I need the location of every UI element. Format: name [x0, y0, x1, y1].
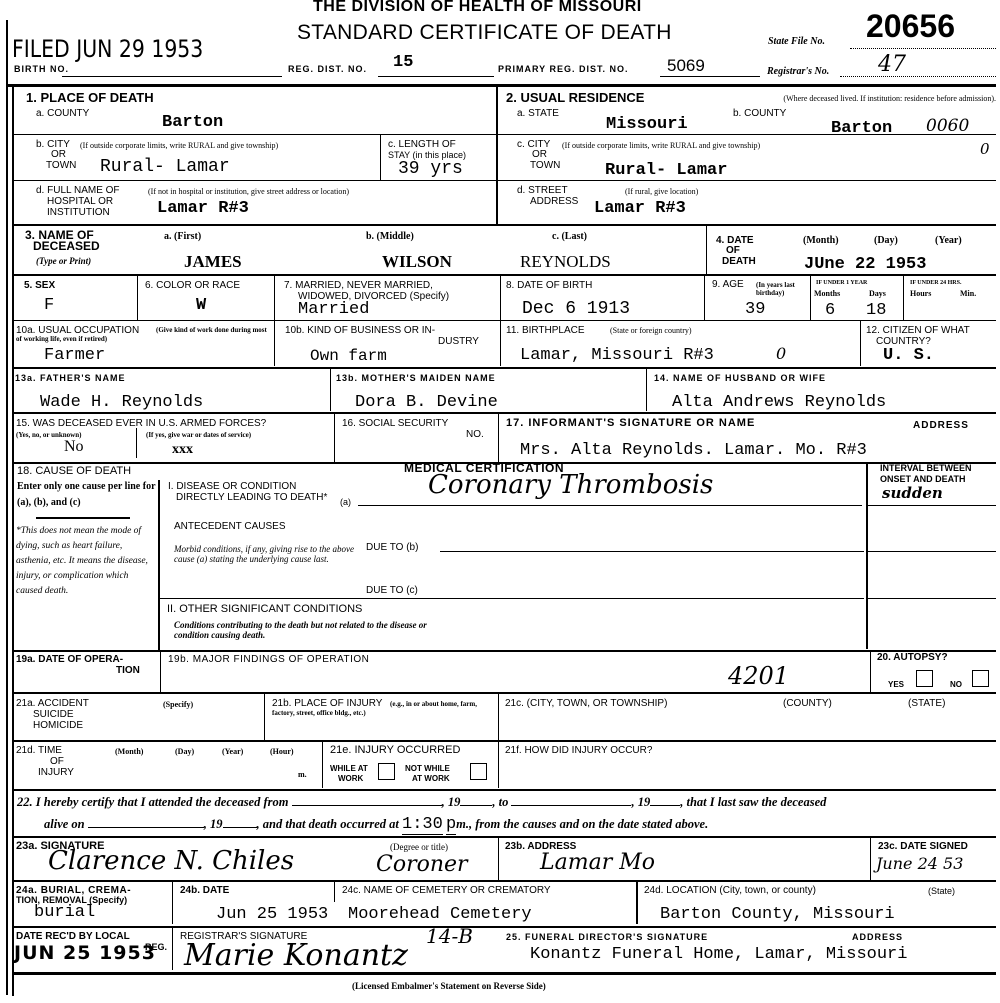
injury-m-label: m. [298, 770, 307, 779]
res-state-value: Missouri [606, 116, 688, 134]
time-of-injury-label: 21d. TIME [16, 745, 62, 756]
due-to-c-label: DUE TO (c) [366, 585, 418, 596]
date-received-label: DATE REC'D BY LOCAL [16, 931, 130, 942]
autopsy-no-checkbox[interactable] [972, 670, 989, 687]
registrar-no-label: Registrar's No. [767, 66, 829, 77]
interval-label: INTERVAL BETWEEN [880, 463, 972, 474]
last-name-value: REYNOLDS [520, 252, 611, 272]
injury-year-label: (Year) [222, 747, 243, 756]
degree-label: (Degree or title) [390, 843, 448, 852]
certify-text-c: , to [492, 795, 508, 809]
age-label: 9. AGE [712, 279, 744, 290]
injury-state-label: (STATE) [908, 698, 945, 709]
under-24-hrs-label: IF UNDER 24 HRS. [910, 279, 961, 288]
burial-location-label: 24d. LOCATION (City, town, or county) [644, 885, 816, 896]
dob-value: Dec 6 1913 [522, 300, 630, 318]
hospital-note: (If not in hospital or institution, give… [148, 187, 349, 196]
months-value: 6 [825, 302, 835, 320]
informant-label: 17. INFORMANT'S SIGNATURE OR NAME [506, 418, 755, 429]
armed-service-note: (If yes, give war or dates of service) [146, 431, 251, 440]
injury-specify-label: (Specify) [163, 700, 193, 709]
days-value: 18 [866, 302, 886, 320]
res-state-label: a. STATE [517, 108, 559, 119]
father-label: 13a. FATHER'S NAME [15, 373, 126, 384]
place-of-injury-note: (e.g., in or about home, farm, factory, … [272, 700, 494, 718]
res-street-label: d. STREET [517, 185, 568, 196]
dod-day-label: (Day) [874, 236, 898, 245]
injury-hour-label: (Hour) [270, 747, 294, 756]
cause-footnote: *This does not mean the mode of dying, s… [16, 524, 156, 599]
birthplace-value: Lamar, Missouri R#3 [520, 347, 714, 365]
primary-reg-label: PRIMARY REG. DIST. NO. [498, 64, 629, 74]
service-value: xxx [172, 442, 193, 458]
certify-text-e: , that I last saw the deceased [680, 795, 826, 809]
hospital-value: Lamar R#3 [157, 200, 249, 218]
time-of-injury-label-2: OF [50, 756, 64, 767]
birthplace-code: 0 [776, 344, 786, 363]
reg-dist-number: 15 [393, 54, 413, 72]
occupation-note: (Give kind of work done during most of w… [16, 326, 274, 344]
under-1-year-label: IF UNDER 1 YEAR [816, 279, 867, 288]
certify-line-1: 22. I hereby certify that I attended the… [17, 795, 826, 810]
state-file-number: 20656 [866, 8, 955, 44]
business-label-2: DUSTRY [438, 336, 479, 347]
certify-text-i: m., from the causes and on the date stat… [456, 817, 708, 831]
res-street-label-2: ADDRESS [530, 196, 578, 207]
middle-name-label: b. (Middle) [366, 232, 414, 241]
reg-superscript: REG. [145, 942, 167, 953]
res-city-note: (If outside corporate limits, write RURA… [562, 141, 760, 150]
last-name-label: c. (Last) [552, 232, 587, 241]
name-heading-3: (Type or Print) [36, 256, 91, 266]
cause-note: Enter only one cause per line for (a), (… [17, 479, 157, 511]
father-value: Wade H. Reynolds [40, 394, 203, 412]
certify-text-f: alive on [44, 817, 85, 831]
due-to-b-label: DUE TO (b) [366, 542, 418, 553]
operation-findings-label: 19b. MAJOR FINDINGS OF OPERATION [168, 654, 369, 665]
middle-name-value: WILSON [382, 252, 452, 272]
cause-a-label: (a) [340, 497, 351, 508]
other-conditions-note: Conditions contributing to the death but… [174, 620, 444, 640]
spouse-value: Alta Andrews Reynolds [672, 394, 886, 412]
citizen-value: U. S. [883, 347, 934, 365]
sex-value: F [44, 297, 54, 315]
age-value: 39 [745, 301, 765, 319]
min-label: Min. [960, 289, 976, 298]
sig-address-value: Lamar Mo [540, 850, 655, 875]
interval-value: sudden [882, 484, 943, 502]
city-or: OR [51, 149, 66, 160]
operation-code: 4201 [728, 662, 789, 690]
mother-value: Dora B. Devine [355, 394, 498, 412]
not-while-at-work-label-2: AT WORK [412, 773, 450, 784]
disease-label: I. DISEASE OR CONDITION [168, 481, 296, 492]
dod-value: JUne 22 1953 [804, 256, 926, 274]
res-city-code: 0 [980, 140, 990, 158]
days-label: Days [869, 289, 886, 298]
residence-note: (Where deceased lived. If institution: r… [698, 94, 996, 104]
marital-value: Married [298, 301, 369, 319]
while-at-work-checkbox[interactable] [378, 763, 395, 780]
race-label: 6. COLOR OR RACE [145, 280, 240, 291]
state-file-label: State File No. [768, 36, 825, 47]
place-of-death-heading: 1. PLACE OF DEATH [26, 92, 154, 103]
stay-label: c. LENGTH OF [388, 139, 456, 150]
how-injury-label: 21f. HOW DID INJURY OCCUR? [505, 745, 652, 756]
certify-text-g: , 19 [204, 817, 223, 831]
county-label: a. COUNTY [36, 108, 89, 119]
burial-method-value: burial [34, 904, 95, 922]
res-county-label: b. COUNTY [733, 108, 786, 119]
autopsy-yes-label: YES [888, 679, 904, 690]
birthplace-note: (State or foreign country) [610, 326, 692, 335]
cemetery-value: Moorehead Cemetery [348, 906, 532, 924]
armed-forces-label: 15. WAS DECEASED EVER IN U.S. ARMED FORC… [16, 418, 266, 429]
death-county-value: Barton [162, 114, 223, 132]
death-ampm-value: p [446, 815, 456, 835]
injury-county-label: (COUNTY) [783, 698, 832, 709]
spouse-label: 14. NAME OF HUSBAND OR WIFE [654, 373, 826, 384]
business-value: Own farm [310, 347, 387, 365]
certificate-title: STANDARD CERTIFICATE OF DEATH [297, 20, 672, 46]
res-city-value: Rural- Lamar [605, 162, 727, 180]
first-name-label: a. (First) [164, 232, 201, 241]
registrar-number: 47 [878, 52, 906, 77]
injury-day-label: (Day) [175, 747, 194, 756]
time-of-injury-label-3: INJURY [38, 767, 74, 778]
citizen-label: 12. CITIZEN OF WHAT [866, 325, 970, 336]
burial-date-label: 24b. DATE [180, 885, 229, 896]
age-note: (In years last birthday) [756, 281, 811, 297]
marital-label: 7. MARRIED, NEVER MARRIED, [284, 280, 433, 291]
other-conditions-label: II. OTHER SIGNIFICANT CONDITIONS [167, 604, 362, 615]
informant-value: Mrs. Alta Reynolds. Lamar. Mo. R#3 [520, 442, 867, 460]
stay-value: 39 yrs [398, 160, 463, 178]
injury-month-label: (Month) [115, 747, 143, 756]
hospital-label-2: HOSPITAL OR [47, 196, 113, 207]
injury-type-label-3: HOMICIDE [33, 720, 83, 731]
funeral-director-label: 25. FUNERAL DIRECTOR'S SIGNATURE [506, 932, 708, 943]
res-street-value: Lamar R#3 [594, 200, 686, 218]
operation-date-label: 19a. DATE OF OPERA- [16, 654, 123, 665]
autopsy-no-label: NO [950, 679, 962, 690]
dod-year-label: (Year) [935, 236, 962, 245]
not-while-at-work-checkbox[interactable] [470, 763, 487, 780]
certify-text-a: 22. I hereby certify that I attended the… [17, 795, 288, 809]
months-label: Months [814, 289, 840, 298]
date-signed-label: 23c. DATE SIGNED [878, 841, 968, 852]
city-town: TOWN [46, 160, 76, 171]
burial-state-label: (State) [928, 886, 955, 897]
burial-location-value: Barton County, Missouri [660, 906, 895, 924]
hours-label: Hours [910, 289, 931, 298]
division-heading: THE DIVISION OF HEALTH OF MISSOURI [313, 0, 642, 14]
disease-label-2: DIRECTLY LEADING TO DEATH* [176, 492, 327, 503]
injury-type-label-2: SUICIDE [33, 709, 74, 720]
business-label: 10b. KIND OF BUSINESS OR IN- [285, 325, 435, 336]
race-value: W [196, 297, 206, 315]
certify-text-h: , and that death occurred at [257, 817, 399, 831]
dod-label-2: OF [726, 245, 740, 256]
sex-label: 5. SEX [24, 280, 55, 291]
funeral-address-label: ADDRESS [852, 932, 903, 943]
autopsy-yes-checkbox[interactable] [916, 670, 933, 687]
registrar-signature: Marie Konantz [184, 938, 408, 973]
ssn-label: 16. SOCIAL SECURITY [342, 418, 448, 429]
cause-label: 18. CAUSE OF DEATH [17, 466, 131, 477]
occupation-value: Farmer [44, 347, 105, 365]
first-name-value: JAMES [184, 252, 242, 272]
hospital-label: d. FULL NAME OF [36, 185, 120, 196]
physician-title: Coroner [376, 852, 468, 877]
dod-month-label: (Month) [803, 236, 839, 245]
birth-no-label: BIRTH NO. [14, 64, 69, 74]
certify-text-d: , 19 [631, 795, 650, 809]
res-city-or: OR [532, 149, 547, 160]
injury-occurred-label: 21e. INJURY OCCURRED [330, 745, 460, 756]
mother-label: 13b. MOTHER'S MAIDEN NAME [336, 373, 496, 384]
dob-label: 8. DATE OF BIRTH [506, 280, 592, 291]
funeral-director-value: Konantz Funeral Home, Lamar, Missouri [530, 946, 907, 964]
residence-heading: 2. USUAL RESIDENCE [506, 92, 644, 103]
city-note: (If outside corporate limits, write RURA… [80, 141, 370, 150]
res-county-code: 0060 [926, 116, 969, 136]
ssn-label-2: NO. [466, 429, 484, 440]
birthplace-label: 11. BIRTHPLACE [506, 325, 585, 336]
operation-date-label-2: TION [116, 665, 140, 676]
morbid-note: Morbid conditions, if any, giving rise t… [174, 544, 364, 564]
injury-city-label: 21c. (CITY, TOWN, OR TOWNSHIP) [505, 698, 667, 709]
date-signed-value: June 24 53 [876, 854, 963, 873]
dod-label-3: DEATH [722, 256, 756, 267]
hospital-label-3: INSTITUTION [47, 207, 110, 218]
while-at-work-label-2: WORK [338, 773, 363, 784]
name-heading-2: DECEASED [33, 241, 100, 252]
antecedent-label: ANTECEDENT CAUSES [174, 521, 286, 532]
informant-address-label: ADDRESS [913, 420, 969, 431]
injury-type-label: 21a. ACCIDENT [16, 698, 89, 709]
res-street-note: (If rural, give location) [625, 187, 698, 196]
armed-value: No [64, 438, 84, 456]
death-city-value: Rural- Lamar [100, 158, 230, 176]
death-time-value: 1:30 [402, 815, 443, 835]
res-city-town: TOWN [530, 160, 560, 171]
primary-reg-number: 5069 [667, 56, 705, 76]
cause-a-value: Coronary Thrombosis [428, 470, 713, 500]
res-county-value: Barton [831, 120, 892, 138]
cemetery-label: 24c. NAME OF CEMETERY OR CREMATORY [342, 885, 551, 896]
certify-line-2: alive on , 19, and that death occurred a… [44, 815, 708, 835]
registrar-mark: 14-B [426, 924, 473, 948]
physician-signature: Clarence N. Chiles [48, 846, 294, 876]
reg-dist-label: REG. DIST. NO. [288, 64, 367, 74]
autopsy-label: 20. AUTOPSY? [877, 652, 948, 663]
date-received-value: JUN 25 1953 [14, 942, 156, 964]
burial-date-value: Jun 25 1953 [216, 906, 328, 924]
certify-text-b: , 19 [442, 795, 461, 809]
reverse-side-note: (Licensed Embalmer's Statement on Revers… [352, 982, 546, 991]
filed-stamp: FILED JUN 29 1953 [12, 34, 203, 64]
